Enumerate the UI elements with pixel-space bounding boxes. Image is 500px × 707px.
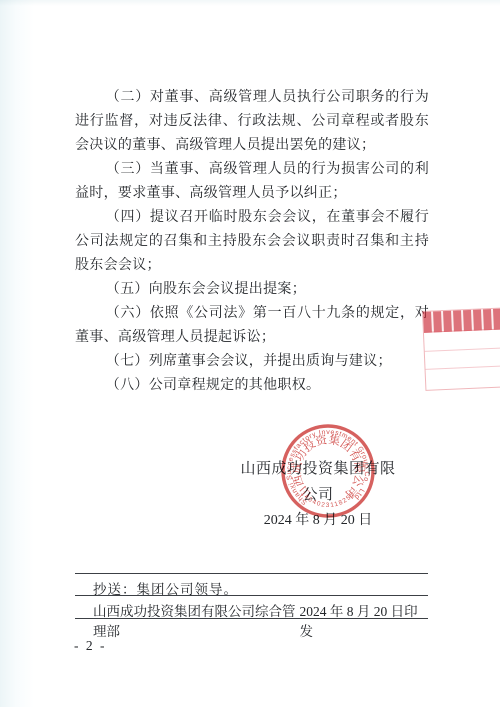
paragraph-item-8: （八）公司章程规定的其他职权。 [75, 374, 429, 398]
paragraph-item-2: （二）对董事、高级管理人员执行公司职务的行为进行监督，对违反法律、行政法规、公司… [75, 86, 429, 158]
paragraph-item-4: （四）提议召开临时股东会会议，在董事会不履行公司法规定的召集和主持股东会会议职责… [75, 206, 429, 278]
company-seal-stamp: Shanxi Successfactory Investment Group C… [258, 401, 398, 541]
page-number: - 2 - [74, 638, 107, 654]
side-registration-stamp [422, 307, 500, 391]
side-stamp-row [426, 366, 500, 388]
document-body: （二）对董事、高级管理人员执行公司职务的行为进行监督，对违反法律、行政法规、公司… [75, 86, 429, 398]
footer-issuer: 山西成功投资集团有限公司综合管理部 [93, 600, 300, 640]
paragraph-item-3: （三）当董事、高级管理人员的行为损害公司的利益时，要求董事、高级管理人员予以纠正… [75, 158, 429, 206]
footer-divider-bottom [75, 618, 428, 619]
paragraph-item-5: （五）向股东会会议提出提案； [75, 278, 429, 302]
footer-print-date: 2024 年 8 月 20 日印发 [300, 600, 418, 640]
scanned-document-page: （二）对董事、高级管理人员执行公司职务的行为进行监督，对违反法律、行政法规、公司… [0, 0, 500, 707]
footer-issue-line: 山西成功投资集团有限公司综合管理部 2024 年 8 月 20 日印发 [93, 600, 418, 640]
seal-graphic: Shanxi Successfactory Investment Group C… [258, 401, 398, 541]
footer-divider-middle [75, 595, 428, 596]
paragraph-item-7: （七）列席董事会会议，并提出质询与建议； [75, 350, 429, 374]
paragraph-item-6: （六）依照《公司法》第一百八十九条的规定，对董事、高级管理人员提起诉讼； [75, 302, 429, 350]
footer-divider-top [75, 573, 428, 574]
